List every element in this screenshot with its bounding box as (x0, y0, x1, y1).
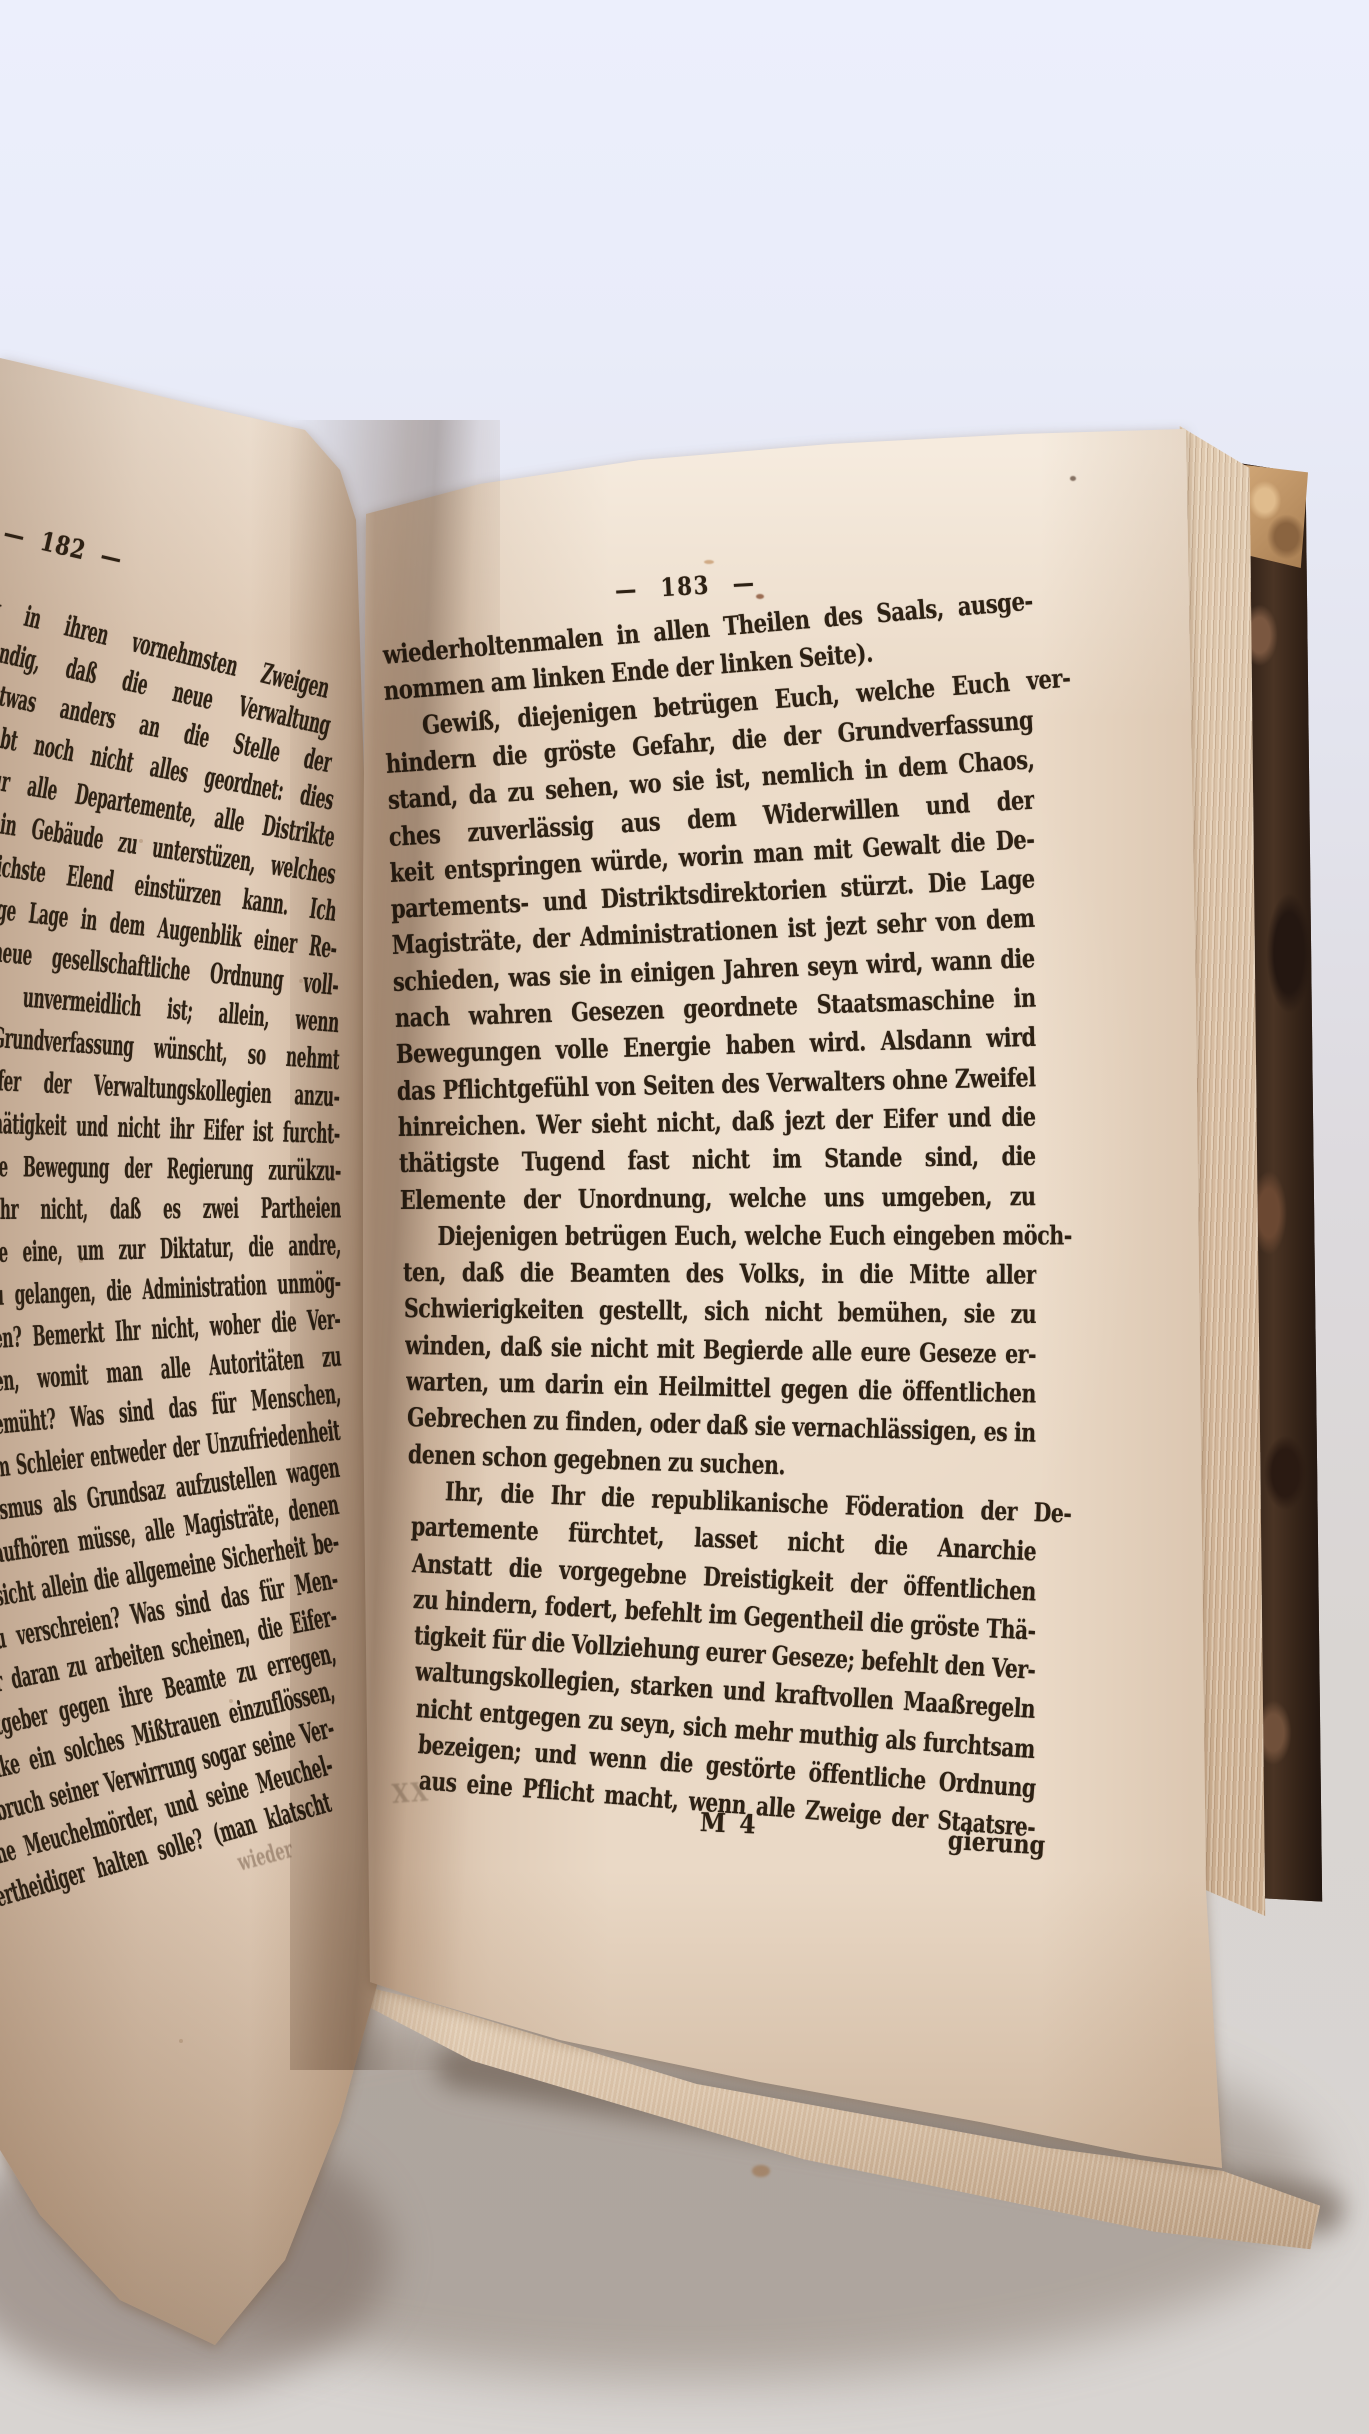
right-page-number: — 183 — (574, 566, 796, 607)
right-page: — 183 — wiederholtenmalen in allen Theil… (0, 0, 1369, 2434)
foxing-spot (1070, 476, 1076, 481)
catchword: gierung (947, 1826, 1046, 1861)
right-page-wrap: — 183 — wiederholtenmalen in allen Theil… (0, 0, 1369, 2434)
right-page-text-line: Diejenigen betrügen Euch, welche Euch ei… (401, 1220, 1072, 1255)
foxing-spot (704, 560, 714, 564)
foxing-spot (752, 2165, 770, 2177)
foxing-spot (756, 594, 764, 599)
signature-mark: M 4 (699, 1808, 756, 1840)
gutter-shadow (290, 420, 500, 2070)
photo-of-open-book: — 182 — g in ihren vornehmsten Zweigenen… (0, 0, 1369, 2434)
